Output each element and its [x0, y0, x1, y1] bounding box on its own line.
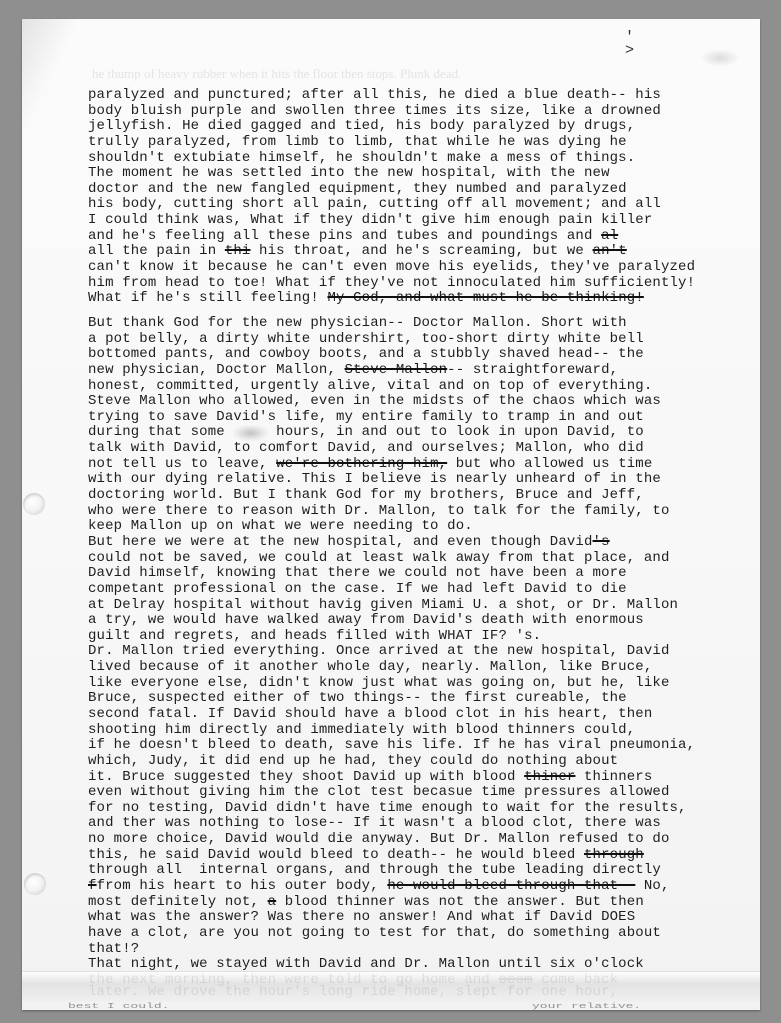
text-line: a try, we would have walked away from Da…	[88, 613, 695, 629]
line-text: Dr. Mallon tried everything. Once arrive…	[88, 643, 670, 659]
text-line: keep Mallon up on what we were needing t…	[88, 519, 695, 535]
line-text: The moment he was settled into the new h…	[88, 165, 610, 181]
text-line: if he doesn't bleed to death, save his l…	[88, 738, 695, 754]
line-text: shooting him directly and immediately wi…	[88, 722, 635, 738]
line-text: That night, we stayed with David and Dr.…	[88, 956, 644, 972]
line-text: and ther was nothing to lose-- If it was…	[88, 815, 661, 831]
line-text: at Delray hospital without havig given M…	[88, 597, 678, 613]
footer-bleed-left: best I could.	[68, 1002, 169, 1010]
text-line: The moment he was settled into the new h…	[88, 166, 695, 182]
paragraph: paralyzed and punctured; after all this,…	[88, 88, 695, 307]
text-line: all the pain in thi his throat, and he's…	[88, 244, 695, 260]
line-text: him from head to toe! What if they've no…	[88, 275, 695, 291]
text-line: second fatal. If David should have a blo…	[88, 707, 695, 723]
struck-out-text: 's	[593, 534, 610, 550]
text-line: talk with David, to comfort David, and o…	[88, 441, 695, 457]
scanned-page: ' > he thump of heavy rubber when it hit…	[22, 19, 760, 1010]
line-text: with our dying relative. This I believe …	[88, 471, 661, 487]
line-text: What if he's still feeling!	[88, 290, 327, 306]
line-text: have a clot, are you not going to test f…	[88, 925, 661, 941]
line-text: which, Judy, it did end up he had, they …	[88, 753, 618, 769]
text-line: lived because of it another whole day, n…	[88, 660, 695, 676]
struck-out-text: he would bleed through that--	[387, 878, 635, 894]
text-line: what was the answer? Was there no answer…	[88, 910, 695, 926]
line-text: this, he said David would bleed to death…	[88, 847, 584, 863]
text-line: have a clot, are you not going to test f…	[88, 926, 695, 942]
line-text: Bruce, suspected either of two things-- …	[88, 690, 627, 706]
text-line: his body, cutting short all pain, cuttin…	[88, 197, 695, 213]
line-text: doctoring world. But I thank God for my …	[88, 487, 644, 503]
text-line: new physician, Doctor Mallon, Steve Mall…	[88, 363, 695, 379]
line-text: competant professional on the case. If w…	[88, 581, 627, 597]
line-text: talk with David, to comfort David, and o…	[88, 440, 644, 456]
text-line: trully paralyzed, from limb to limb, tha…	[88, 135, 695, 151]
text-line: bottomed pants, and cowboy boots, and a …	[88, 347, 695, 363]
text-line: But thank God for the new physician-- Do…	[88, 316, 695, 332]
text-line: What if he's still feeling! My God, and …	[88, 291, 695, 307]
line-text: his throat, and he's screaming, but we	[250, 243, 592, 259]
line-text: -- straightforeward,	[447, 362, 618, 378]
text-line: a pot belly, a dirty white undershirt, t…	[88, 332, 695, 348]
struck-out-text: Steve Mallon	[345, 362, 448, 378]
ink-smudge: many	[233, 425, 267, 441]
struck-out-text: al	[601, 228, 618, 244]
line-text: most definitely not,	[88, 894, 268, 910]
paragraph: But thank God for the new physician-- Do…	[88, 316, 695, 1004]
line-text: and he's feeling all these pins and tube…	[88, 228, 601, 244]
line-text: hours, in and out to look in upon David,…	[268, 424, 644, 440]
text-line: Bruce, suspected either of two things-- …	[88, 691, 695, 707]
line-text: can't know it because he can't even move…	[88, 259, 695, 275]
line-text: jellyfish. He died gagged and tied, his …	[88, 118, 635, 134]
line-text: But here we were at the new hospital, an…	[88, 534, 593, 550]
struck-out-text: thi	[225, 243, 251, 259]
text-line: like everyone else, didn't know just wha…	[88, 676, 695, 692]
text-line: doctor and the new fangled equipment, th…	[88, 182, 695, 198]
footer-bleed-right: your relative.	[532, 1002, 641, 1010]
handwritten-mark: ' >	[625, 31, 634, 57]
text-line: can't know it because he can't even move…	[88, 260, 695, 276]
struck-out-text: through	[584, 847, 644, 863]
line-text: thinners	[575, 769, 652, 785]
line-text: a try, we would have walked away from Da…	[88, 612, 644, 628]
line-text: even without giving him the clot test be…	[88, 784, 670, 800]
line-text: for no testing, David didn't have time e…	[88, 800, 687, 816]
line-text: lived because of it another whole day, n…	[88, 659, 652, 675]
text-line: could not be saved, we could at least wa…	[88, 551, 695, 567]
text-line: Dr. Mallon tried everything. Once arrive…	[88, 644, 695, 660]
text-line: But here we were at the new hospital, an…	[88, 535, 695, 551]
line-text: Steve Mallon who allowed, even in the mi…	[88, 393, 661, 409]
text-line: not tell us to leave, we're bothering hi…	[88, 457, 695, 473]
text-line: body bluish purple and swollen three tim…	[88, 104, 695, 120]
text-line: I could think was, What if they didn't g…	[88, 213, 695, 229]
text-line: that!?	[88, 942, 695, 958]
struck-out-text: we're bothering him,	[276, 456, 447, 472]
line-text: like everyone else, didn't know just wha…	[88, 675, 670, 691]
line-text: no more choice, David would die anyway. …	[88, 831, 670, 847]
line-text: new physician, Doctor Mallon,	[88, 362, 345, 378]
line-text: blood thinner was not the answer. But th…	[276, 894, 644, 910]
text-line: trying to save David's life, my entire f…	[88, 410, 695, 426]
line-text: during that some	[88, 424, 233, 440]
line-text: keep Mallon up on what we were needing t…	[88, 518, 473, 534]
text-line: paralyzed and punctured; after all this,…	[88, 88, 695, 104]
text-line: this, he said David would bleed to death…	[88, 848, 695, 864]
text-line: through all internal organs, and through…	[88, 863, 695, 879]
text-line: shouldn't extubiate himself, he shouldn'…	[88, 151, 695, 167]
text-line: for no testing, David didn't have time e…	[88, 801, 695, 817]
line-text: David himself, knowing that there we cou…	[88, 565, 627, 581]
text-line: most definitely not, a blood thinner was…	[88, 895, 695, 911]
line-text: honest, committed, urgently alive, vital…	[88, 378, 652, 394]
line-text: from his heart to his outer body,	[97, 878, 388, 894]
text-line: with our dying relative. This I believe …	[88, 472, 695, 488]
struck-out-text: My God, and what must he be thinking!	[327, 290, 643, 306]
text-line: and he's feeling all these pins and tube…	[88, 229, 695, 245]
text-line: him from head to toe! What if they've no…	[88, 276, 695, 292]
line-text: No,	[635, 878, 669, 894]
punch-hole-icon	[24, 873, 46, 895]
line-text: doctor and the new fangled equipment, th…	[88, 181, 627, 197]
line-text: it. Bruce suggested they shoot David up …	[88, 769, 524, 785]
punch-hole-icon	[23, 493, 45, 515]
line-text: not tell us to leave,	[88, 456, 276, 472]
text-line: ffrom his heart to his outer body, he wo…	[88, 879, 695, 895]
text-line: Steve Mallon who allowed, even in the mi…	[88, 394, 695, 410]
line-text: through all internal organs, and through…	[88, 862, 661, 878]
struck-out-text: thiner	[524, 769, 575, 785]
line-text: that!?	[88, 941, 139, 957]
text-line: which, Judy, it did end up he had, they …	[88, 754, 695, 770]
line-text: paralyzed and punctured; after all this,…	[88, 87, 661, 103]
text-line: at Delray hospital without havig given M…	[88, 598, 695, 614]
struck-out-text: f	[88, 878, 97, 894]
text-line: David himself, knowing that there we cou…	[88, 566, 695, 582]
line-text: who were there to reason with Dr. Mallon…	[88, 503, 670, 519]
line-text: but who allowed us time	[447, 456, 652, 472]
text-line: during that some many hours, in and out …	[88, 425, 695, 441]
line-text: all the pain in	[88, 243, 225, 259]
line-text: his body, cutting short all pain, cuttin…	[88, 196, 661, 212]
line-text: if he doesn't bleed to death, save his l…	[88, 737, 695, 753]
paper-fold-shadow	[22, 19, 82, 159]
line-text: But thank God for the new physician-- Do…	[88, 315, 627, 331]
text-line: and ther was nothing to lose-- If it was…	[88, 816, 695, 832]
line-text: guilt and regrets, and heads filled with…	[88, 628, 541, 644]
text-line: competant professional on the case. If w…	[88, 582, 695, 598]
text-line: guilt and regrets, and heads filled with…	[88, 629, 695, 645]
struck-out-text: an't	[593, 243, 627, 259]
line-text: shouldn't extubiate himself, he shouldn'…	[88, 150, 635, 166]
text-line: jellyfish. He died gagged and tied, his …	[88, 119, 695, 135]
line-text: trully paralyzed, from limb to limb, tha…	[88, 134, 627, 150]
line-text: bottomed pants, and cowboy boots, and a …	[88, 346, 644, 362]
struck-out-text: a	[268, 894, 277, 910]
text-line: who were there to reason with Dr. Mallon…	[88, 504, 695, 520]
text-line: honest, committed, urgently alive, vital…	[88, 379, 695, 395]
text-line: even without giving him the clot test be…	[88, 785, 695, 801]
paper-crease	[700, 49, 740, 67]
bleed-through-text: he thump of heavy rubber when it hits th…	[92, 66, 461, 82]
line-text: a pot belly, a dirty white undershirt, t…	[88, 331, 644, 347]
line-text: what was the answer? Was there no answer…	[88, 909, 635, 925]
line-text: second fatal. If David should have a blo…	[88, 706, 652, 722]
text-line: no more choice, David would die anyway. …	[88, 832, 695, 848]
text-line: shooting him directly and immediately wi…	[88, 723, 695, 739]
line-text: I could think was, What if they didn't g…	[88, 212, 652, 228]
text-line: it. Bruce suggested they shoot David up …	[88, 770, 695, 786]
bottom-fold	[22, 971, 760, 1002]
line-text: body bluish purple and swollen three tim…	[88, 103, 661, 119]
line-text: could not be saved, we could at least wa…	[88, 550, 670, 566]
letter-body: paralyzed and punctured; after all this,…	[88, 88, 695, 1004]
line-text: trying to save David's life, my entire f…	[88, 409, 644, 425]
text-line: doctoring world. But I thank God for my …	[88, 488, 695, 504]
